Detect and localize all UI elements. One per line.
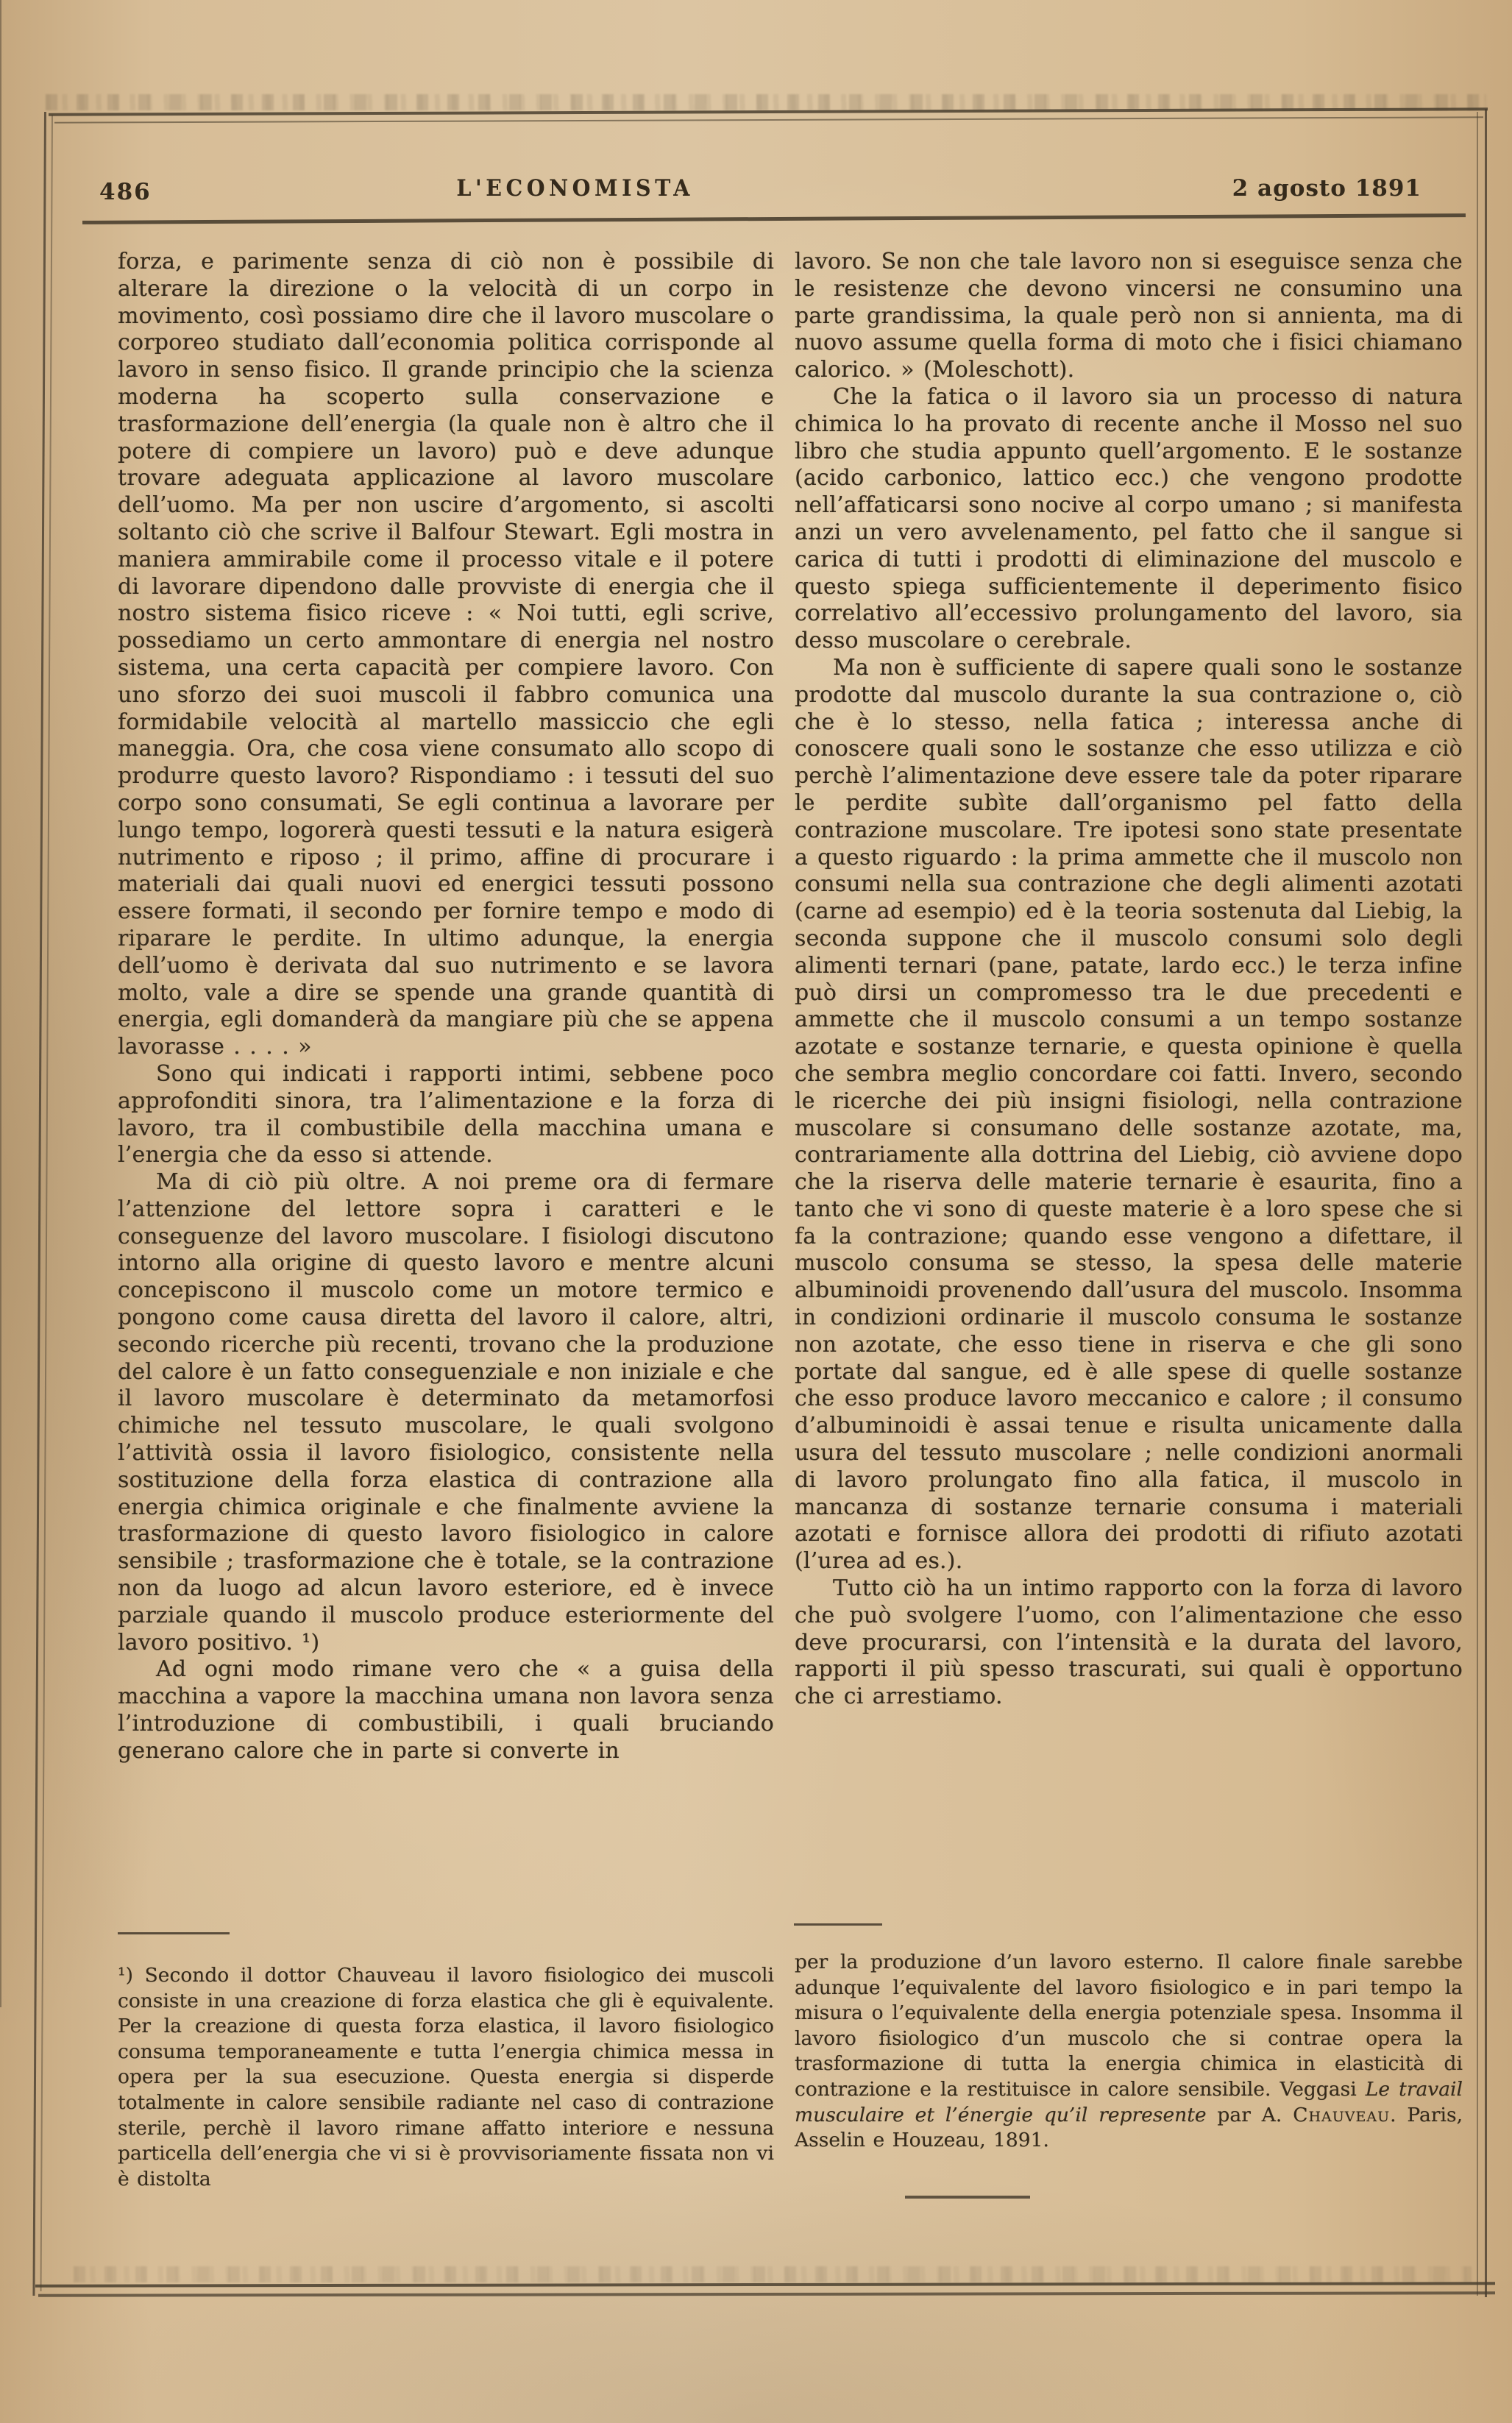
paragraph: Che la fatica o il lavoro sia un process… [795, 384, 1463, 655]
left-column: forza, e parimente senza di ciò non è po… [118, 249, 774, 1765]
masthead-title: L'ECONOMISTA [456, 175, 666, 202]
footnote-separator-left [118, 1932, 230, 1934]
left-footnote: ¹) Secondo il dottor Chauveau il lavoro … [118, 1963, 774, 2192]
column-divider-rule [0, 0, 1, 2007]
newspaper-page: 486 L'ECONOMISTA 2 agosto 1891 forza, e … [0, 0, 1512, 2423]
frame-rule-bottom-inner [38, 2291, 1495, 2296]
frame-rule-bottom [35, 2282, 1495, 2287]
frame-rule-right-inner [1477, 112, 1478, 2296]
footnote-text-segment: par A. [1207, 2104, 1293, 2126]
footnote-text-segment: per la produzione d’un lavoro esterno. I… [795, 1951, 1463, 2101]
right-footnote: per la produzione d’un lavoro esterno. I… [795, 1950, 1463, 2154]
issue-date: 2 agosto 1891 [1185, 175, 1422, 202]
paragraph-continuation: lavoro. Se non che tale lavoro non si es… [795, 249, 1463, 384]
frame-rule-right [1485, 109, 1487, 2297]
paragraph-continuation: forza, e parimente senza di ciò non è po… [118, 249, 774, 1061]
paragraph: Sono qui indicati i rapporti intimi, seb… [118, 1061, 774, 1169]
paragraph: Tutto ciò ha un intimo rapporto con la f… [795, 1575, 1463, 1711]
page-number: 486 [99, 179, 152, 205]
author-name: Chauveau [1293, 2104, 1390, 2126]
paragraph: Ad ogni modo rimane vero che « a guisa d… [118, 1656, 774, 1764]
frame-rule-top-inner [54, 116, 1483, 123]
right-column: lavoro. Se non che tale lavoro non si es… [795, 249, 1463, 1711]
paragraph: Ma di ciò più oltre. A noi preme ora di … [118, 1169, 774, 1656]
frame-rule-left [32, 112, 46, 2296]
scan-noise-band-bottom [74, 2266, 1472, 2282]
footnote-separator-right [794, 1923, 882, 1926]
paragraph: Ma non è sufficiente di sapere quali son… [795, 655, 1463, 1575]
article-end-rule [905, 2196, 1030, 2199]
header-rule [82, 213, 1466, 224]
footnote-text: per la produzione d’un lavoro esterno. I… [795, 1950, 1463, 2154]
footnote-text: ¹) Secondo il dottor Chauveau il lavoro … [118, 1963, 774, 2192]
